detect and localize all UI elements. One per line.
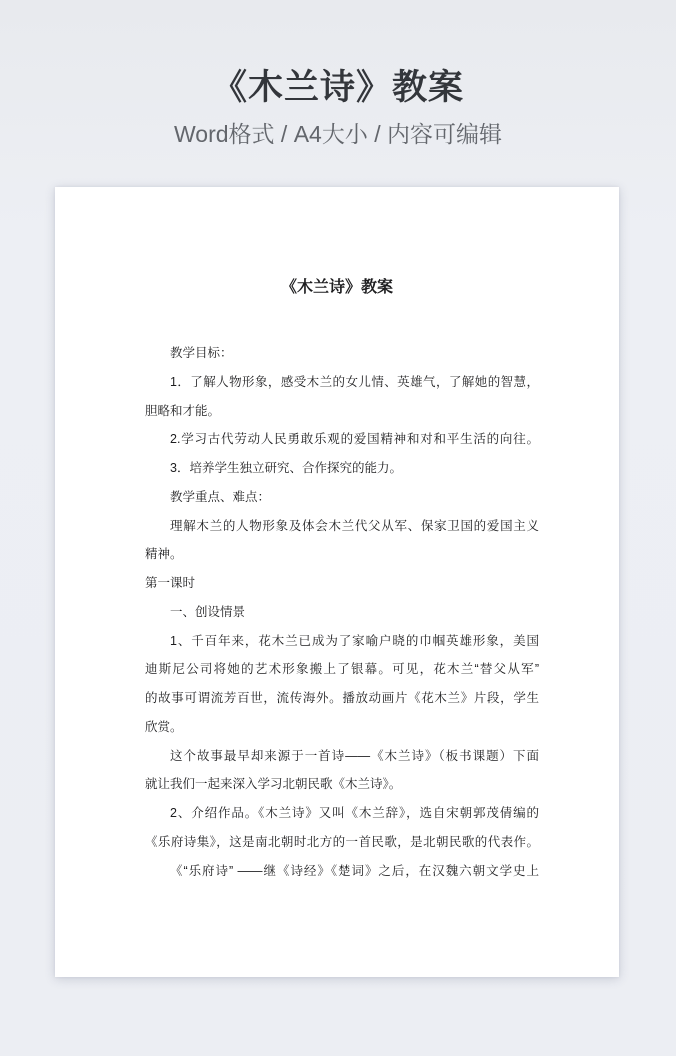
document-page: 《木兰诗》教案 教学目标：1．了解人物形象，感受木兰的女儿情、英雄气，了解她的智…	[55, 187, 619, 977]
header: 《木兰诗》教案 Word格式 / A4大小 / 内容可编辑	[0, 0, 676, 186]
document-line: 1．了解人物形象，感受木兰的女儿情、英雄气，了解她的智慧，	[145, 368, 539, 397]
document-line: 3．培养学生独立研究、合作探究的能力。	[145, 454, 539, 483]
page-background: 《木兰诗》教案 Word格式 / A4大小 / 内容可编辑 《木兰诗》教案 教学…	[0, 0, 676, 1056]
document-line: 一、创设情景	[145, 598, 539, 627]
document-line: 就让我们一起来深入学习北朝民歌《木兰诗》。	[145, 770, 539, 799]
page-subtitle: Word格式 / A4大小 / 内容可编辑	[0, 119, 676, 149]
document-line: 教学重点、难点：	[145, 483, 539, 512]
document-line: 第一课时	[145, 569, 539, 598]
document-line: 这个故事最早却来源于一首诗——《木兰诗》（板书课题）下面	[145, 742, 539, 771]
document-line: 2、介绍作品。《木兰诗》又叫《木兰辞》，选自宋朝郭茂倩编的	[145, 799, 539, 828]
document-line: 1、千百年来，花木兰已成为了家喻户晓的巾帼英雄形象，美国	[145, 627, 539, 656]
document-line: 胆略和才能。	[145, 397, 539, 426]
document-line: 的故事可谓流芳百世，流传海外。播放动画片《花木兰》片段，学生	[145, 684, 539, 713]
document-line: 欣赏。	[145, 713, 539, 742]
page-title: 《木兰诗》教案	[0, 64, 676, 112]
document-line: 精神。	[145, 540, 539, 569]
document-line: 迪斯尼公司将她的艺术形象搬上了银幕。可见，花木兰“替父从军”	[145, 655, 539, 684]
document-line: 理解木兰的人物形象及体会木兰代父从军、保家卫国的爱国主义	[145, 512, 539, 541]
document-body: 教学目标：1．了解人物形象，感受木兰的女儿情、英雄气，了解她的智慧，胆略和才能。…	[145, 339, 539, 885]
document-line: 《乐府诗集》，这是南北朝时北方的一首民歌，是北朝民歌的代表作。	[145, 828, 539, 857]
document-line: 教学目标：	[145, 339, 539, 368]
document-line: 《“乐府诗” ——继《诗经》《楚词》之后，在汉魏六朝文学史上	[145, 857, 539, 886]
document-line: 2.学习古代劳动人民勇敢乐观的爱国精神和对和平生活的向往。	[145, 425, 539, 454]
document-title: 《木兰诗》教案	[55, 277, 619, 299]
